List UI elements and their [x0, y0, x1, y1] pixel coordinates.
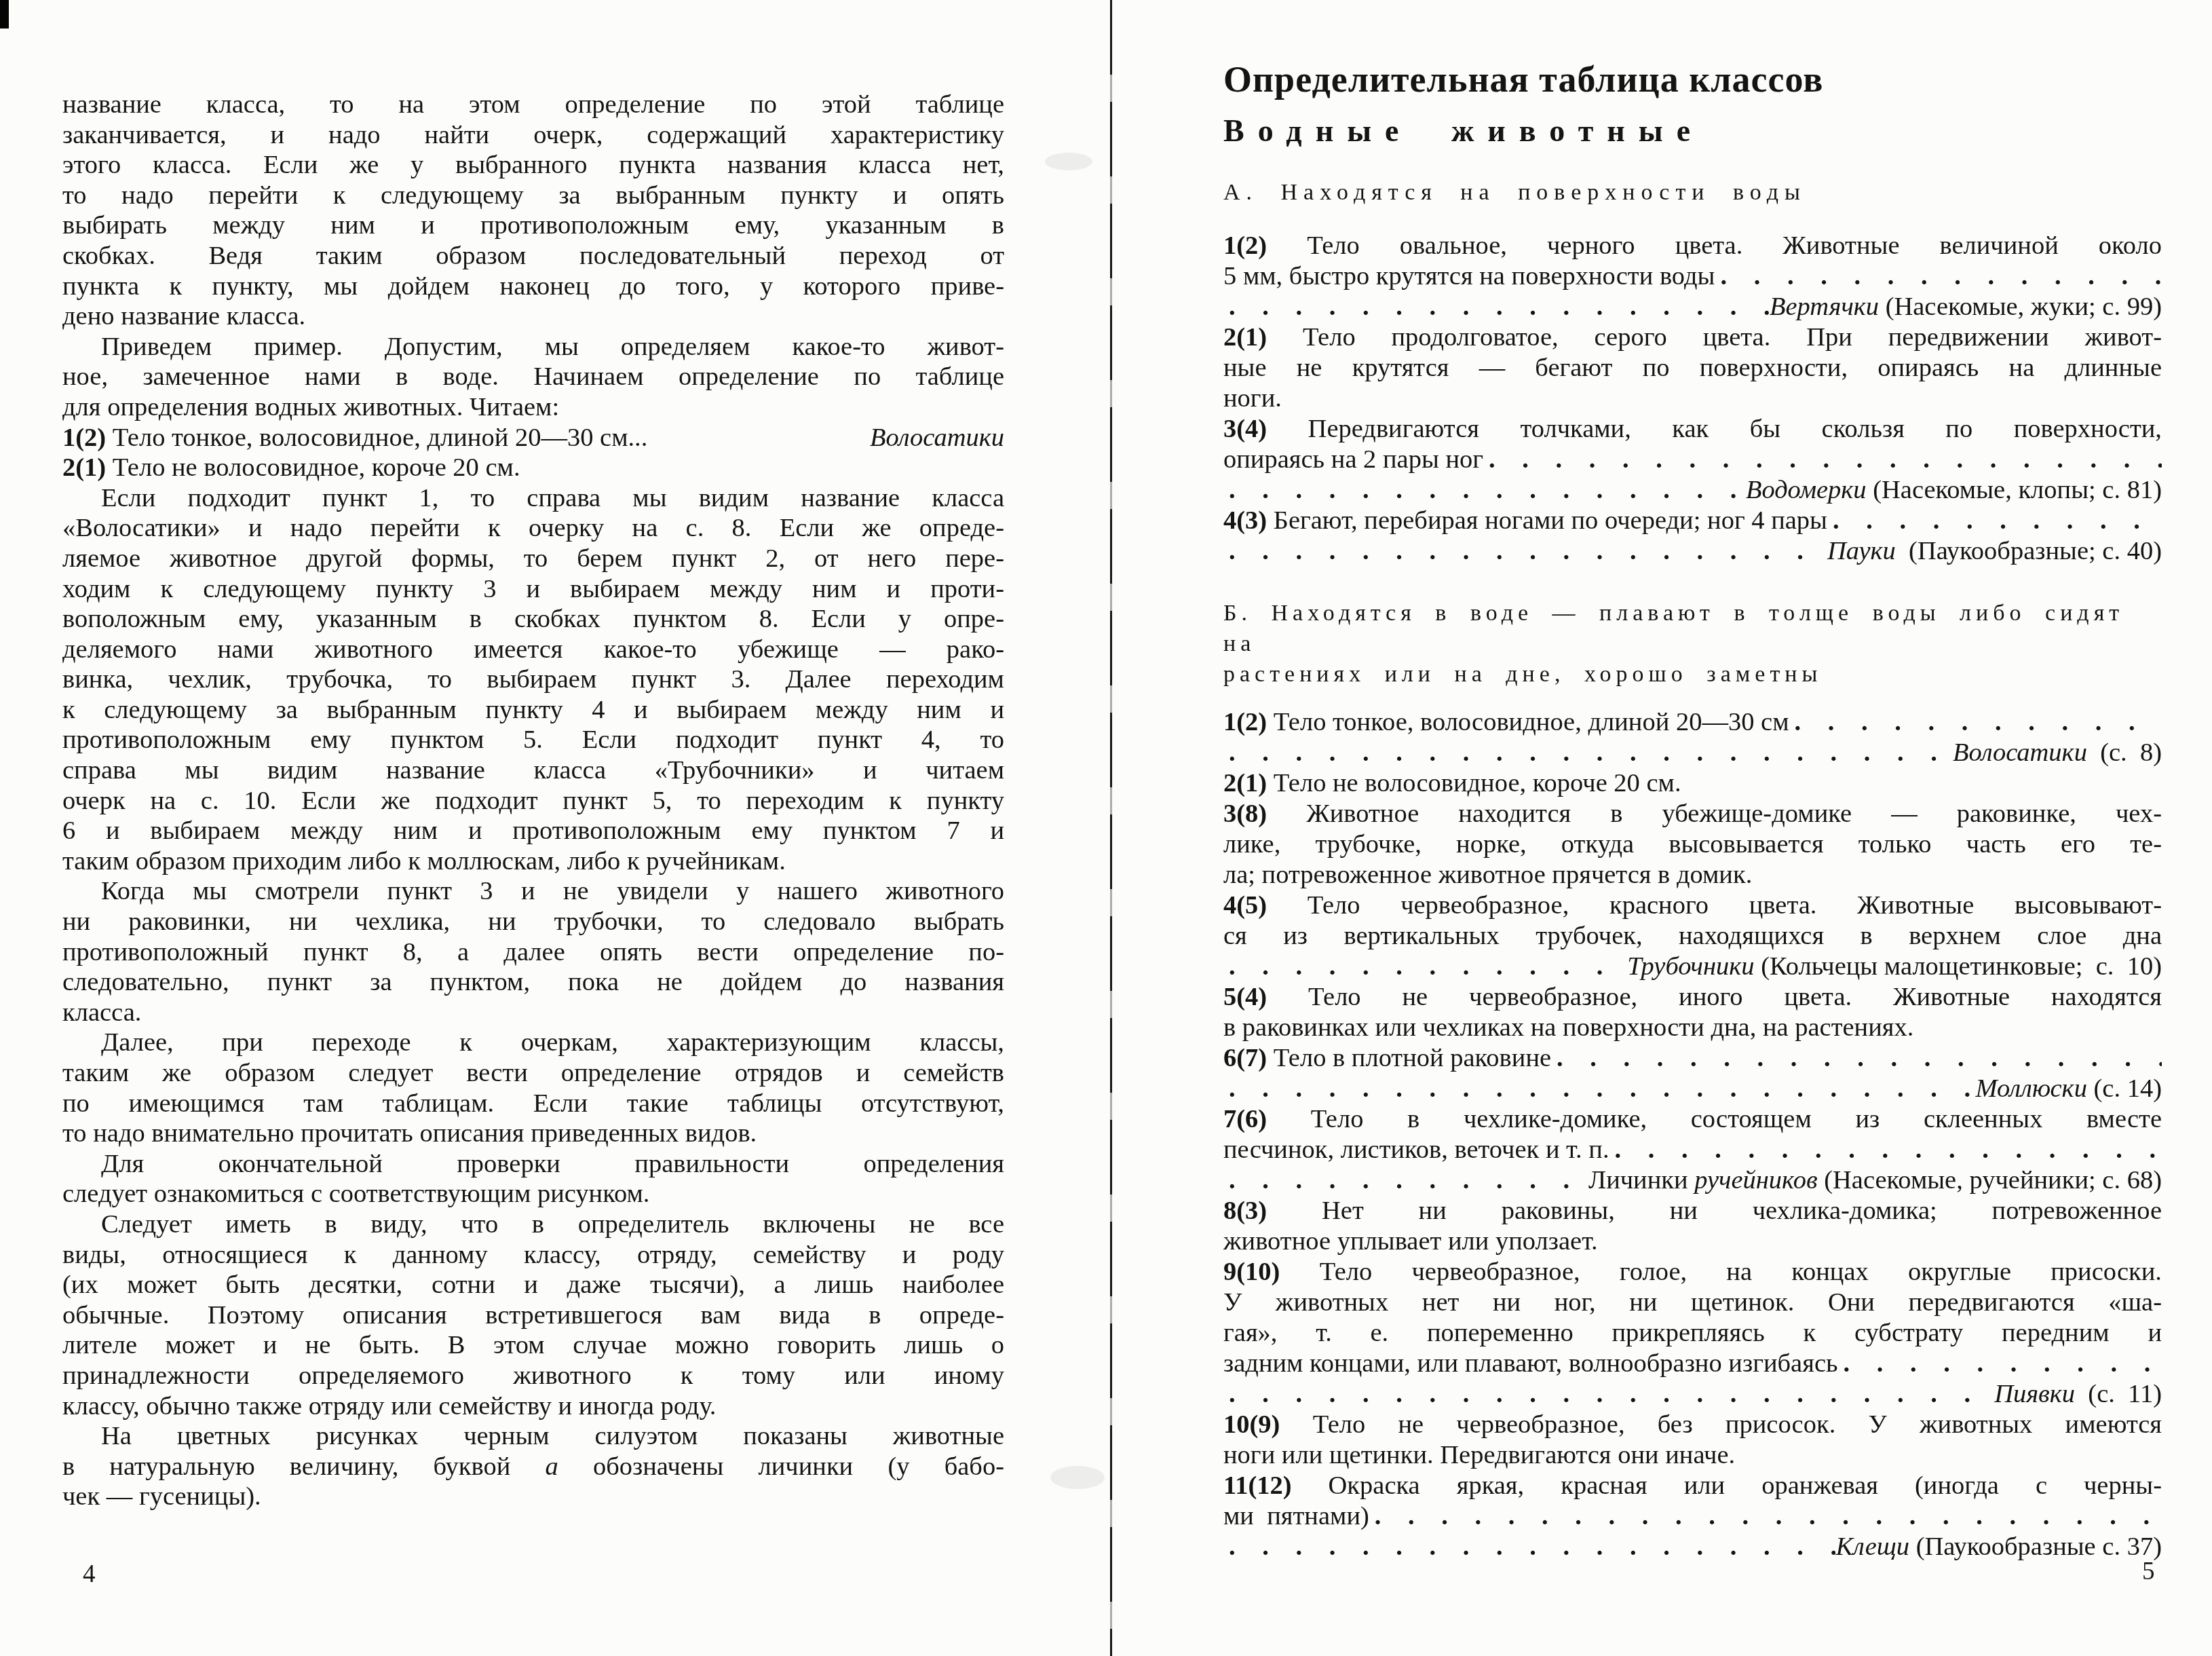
item-number: 8(3)	[1223, 1197, 1267, 1225]
text-line: животное уплывает или уползает.	[1223, 1226, 2162, 1257]
text-run: Тело червеобразное, красного цвета. Живо…	[1267, 891, 2162, 920]
text-line: 2(1) Тело продолговатое, серого цвета. П…	[1223, 322, 2162, 353]
dot-leader: . . . . . . . . . . . . . . . . . . . . …	[1838, 1349, 2162, 1379]
text-line: Для окончательной проверки правильности …	[62, 1149, 1004, 1180]
text-line: классу, обычно также отряду или семейств…	[62, 1391, 1004, 1422]
section-a-heading: А. Находятся на поверхности воды	[1223, 179, 2162, 206]
key-line: песчинок, листиков, веточек и т. п.. . .…	[1223, 1135, 2162, 1165]
text-run: Животное находится в убежище-домике — ра…	[1267, 799, 2162, 828]
text-run: то надо перейти к следующему за выбранны…	[62, 181, 1004, 210]
key-line: . . . . . . . . . . . . . . . . . . . . …	[1223, 475, 2162, 506]
text-run: Тело тонкое, волосовидное, длиной 20—30 …	[1267, 707, 1789, 738]
item-number: 9(10)	[1223, 1258, 1280, 1286]
text-run: ноги или щетинки. Передвигаются они инач…	[1223, 1441, 1735, 1469]
dot-leader: . . . . . . . . . . . . . . . . . . . . …	[1223, 1165, 1588, 1196]
text-line: для определения водных животных. Читаем:	[62, 392, 1004, 423]
item-number: 5(4)	[1223, 983, 1267, 1011]
text-line: лителе может и не быть. В этом случае мо…	[62, 1330, 1004, 1361]
key-line: . . . . . . . . . . . . . . . . . . . . …	[1223, 1165, 2162, 1196]
text-run: Для окончательной проверки правильности …	[101, 1150, 1004, 1178]
text-run: ное, замеченное нами в воде. Начинаем оп…	[62, 362, 1004, 391]
key-line: ми пятнами). . . . . . . . . . . . . . .…	[1223, 1501, 2162, 1532]
text-line: очерк на с. 10. Если же подходит пункт 5…	[62, 786, 1004, 816]
text-run: ноги.	[1223, 384, 1282, 413]
table-title: Определительная таблица классов	[1223, 60, 2162, 99]
text-line: класса.	[62, 998, 1004, 1028]
text-run: дено название класса.	[62, 302, 305, 331]
item-number: 7(6)	[1223, 1105, 1267, 1133]
text-run: Окраска яркая, красная или оранжевая (ин…	[1292, 1471, 2162, 1500]
class-name: а	[546, 1452, 558, 1481]
text-line: Когда мы смотрели пункт 3 и не увидели у…	[62, 876, 1004, 907]
text-run: Если подходит пункт 1, то справа мы види…	[101, 484, 1004, 512]
dot-leader: . . . . . . . . . . . . . . . . . . . . …	[1483, 445, 2162, 475]
key-line: . . . . . . . . . . . . . . . . . . . . …	[1223, 738, 2162, 768]
text-line: чек — гусеницы).	[62, 1482, 1004, 1512]
text-line: дено название класса.	[62, 301, 1004, 332]
text-line: по имеющимся там таблицам. Если такие та…	[62, 1089, 1004, 1119]
text-run: (Кольчецы малощетинковые; с. 10)	[1755, 952, 2162, 982]
text-line: выбирать между ним и противоположным ему…	[62, 210, 1004, 241]
text-line: принадлежности определяемого животного к…	[62, 1361, 1004, 1391]
text-run: (Насекомые, жуки; с. 99)	[1879, 292, 2162, 322]
scan-smudge	[1045, 153, 1092, 170]
text-line: этого класса. Если же у выбранного пункт…	[62, 150, 1004, 181]
page-number-left: 4	[83, 1560, 96, 1589]
text-line: таким же образом следует вести определен…	[62, 1058, 1004, 1089]
text-run: (с. 14)	[2087, 1074, 2162, 1104]
text-line: 7(6) Тело в чехлике-домике, состоящем из…	[1223, 1104, 2162, 1135]
text-line: На цветных рисунках черным силуэтом пока…	[62, 1421, 1004, 1452]
text-run: в раковинках или чехликах на поверхности…	[1223, 1013, 1913, 1042]
key-line: 5 мм, быстро крутятся на поверхности вод…	[1223, 261, 2162, 292]
text-run: следовательно, пункт за пунктом, пока не…	[62, 968, 1004, 996]
text-run: животное уплывает или уползает.	[1223, 1227, 1598, 1256]
class-name: Волосатики	[870, 423, 1004, 453]
text-run: деляемого нами животного имеется какое-т…	[62, 635, 1004, 664]
dot-leader: . . . . . . . . . . . . . . . . . . . . …	[1223, 738, 1953, 768]
table-subtitle: Водные животные	[1223, 114, 2162, 148]
text-run: ся из вертикальных трубочек, находящихся…	[1223, 922, 2162, 950]
text-line: таким образом приходим либо к моллюскам,…	[62, 846, 1004, 877]
dot-leader: . . . . . . . . . . . . . . . . . . . . …	[1223, 475, 1746, 506]
section-b-heading-line1: Б. Находятся в воде — плавают в толще во…	[1223, 598, 2162, 659]
text-run: задним концами, или плавают, волнообразн…	[1223, 1349, 1838, 1379]
text-line: ные не крутятся — бегают по поверхности,…	[1223, 353, 2162, 383]
text-line: 5(4) Тело не червеобразное, иного цвета.…	[1223, 982, 2162, 1013]
dot-leader: . . . . . . . . . . . . . . . . . . . . …	[1369, 1501, 2162, 1532]
key-line: 4(3) Бегают, перебирая ногами по очереди…	[1223, 506, 2162, 536]
text-run: очерк на с. 10. Если же подходит пункт 5…	[62, 787, 1004, 815]
text-run: (Насекомые, клопы; с. 81)	[1867, 475, 2162, 506]
class-name: Клещи	[1835, 1532, 1909, 1562]
left-page: название класса, то на этом определение …	[62, 90, 1004, 1512]
text-line: то надо перейти к следующему за выбранны…	[62, 181, 1004, 211]
text-run: противоположным ему пунктом 5. Если подх…	[62, 726, 1004, 754]
page-gutter-line	[1110, 0, 1112, 1656]
text-line: 3(4) Передвигаются толчками, как бы скол…	[1223, 414, 2162, 445]
text-line: то надо внимательно прочитать описания п…	[62, 1118, 1004, 1149]
text-run: Личинки	[1588, 1165, 1694, 1196]
text-run: Когда мы смотрели пункт 3 и не увидели у…	[101, 877, 1004, 905]
section-b-items: 1(2) Тело тонкое, волосовидное, длиной 2…	[1223, 707, 2162, 1562]
text-line: 2(1) Тело не волосовидное, короче 20 см.	[62, 453, 1004, 483]
text-line: ла; потревоженное животное прячется в до…	[1223, 860, 2162, 890]
key-line: задним концами, или плавают, волнообразн…	[1223, 1349, 2162, 1379]
key-line: . . . . . . . . . . . . . . . . . . . . …	[1223, 292, 2162, 322]
item-number: 4(3)	[1223, 506, 1267, 536]
text-line: противоположным ему пунктом 5. Если подх…	[62, 725, 1004, 755]
text-line: ни раковинки, ни чехлика, ни трубочки, т…	[62, 907, 1004, 937]
text-line: обычные. Поэтому описания встретившегося…	[62, 1300, 1004, 1331]
class-name: Пиявки	[1994, 1379, 2075, 1410]
dot-leader: . . . . . . . . . . . . . . . . . . . . …	[1609, 1135, 2162, 1165]
text-run: то надо внимательно прочитать описания п…	[62, 1119, 757, 1148]
text-line: Приведем пример. Допустим, мы определяем…	[62, 332, 1004, 362]
left-page-text: название класса, то на этом определение …	[62, 90, 1004, 1512]
text-line: ноги или щетинки. Передвигаются они инач…	[1223, 1440, 2162, 1471]
text-line: (их может быть десятки, сотни и даже тыс…	[62, 1270, 1004, 1300]
dot-leader: . . . . . . . . . . . . . . . . . . . . …	[1551, 1043, 2162, 1074]
text-line: Следует иметь в виду, что в определитель…	[62, 1209, 1004, 1240]
dot-leader: . . . . . . . . . . . . . . . . . . . . …	[1223, 292, 1770, 322]
text-line: справа мы видим название класса «Трубочн…	[62, 755, 1004, 786]
text-run: класса.	[62, 998, 141, 1027]
text-run: название класса, то на этом определение …	[62, 90, 1004, 119]
text-line: в раковинках или чехликах на поверхности…	[1223, 1013, 2162, 1043]
text-run: воположным ему, указанным в скобках пунк…	[62, 605, 1004, 633]
text-run: принадлежности определяемого животного к…	[62, 1361, 1004, 1390]
text-line: 10(9) Тело не червеобразное, без присосо…	[1223, 1410, 2162, 1440]
text-run: скобках. Ведя таким образом последовател…	[62, 242, 1004, 270]
dot-leader: . . . . . . . . . . . . . . . . . . . . …	[1223, 1532, 1835, 1562]
text-run: винка, чехлик, трубочка, то выбираем пун…	[62, 665, 1004, 694]
text-run: (с. 8)	[2087, 738, 2162, 768]
key-line: . . . . . . . . . . . . . . . . . . . . …	[1223, 952, 2162, 982]
text-run: опираясь на 2 пары ног	[1223, 445, 1483, 475]
book-scan-spread: название класса, то на этом определение …	[0, 0, 2212, 1656]
text-run: (Насекомые, ручейники; с. 68)	[1818, 1165, 2162, 1196]
class-name: Водомерки	[1746, 475, 1867, 506]
text-line: Если подходит пункт 1, то справа мы види…	[62, 483, 1004, 514]
item-number: 11(12)	[1223, 1471, 1292, 1500]
key-line: . . . . . . . . . . . . . . . . . . . . …	[1223, 1379, 2162, 1410]
text-run: по имеющимся там таблицам. Если такие та…	[62, 1089, 1004, 1118]
text-line: лике, трубочке, норке, откуда высовывает…	[1223, 829, 2162, 860]
text-line: противоположный пункт 8, а далее опять в…	[62, 937, 1004, 968]
dot-leader: . . . . . . . . . . . . . . . . . . . . …	[1789, 707, 2162, 738]
text-run: таким же образом следует вести определен…	[62, 1059, 1004, 1087]
text-line: к следующему за выбранным пункту 4 и выб…	[62, 695, 1004, 726]
text-run: Следует иметь в виду, что в определитель…	[101, 1210, 1004, 1239]
page-number-right: 5	[2142, 1557, 2155, 1586]
text-run: песчинок, листиков, веточек и т. п.	[1223, 1135, 1609, 1165]
text-line: ходим к следующему пункту 3 и выбираем м…	[62, 574, 1004, 605]
text-line: скобках. Ведя таким образом последовател…	[62, 241, 1004, 271]
text-run: На цветных рисунках черным силуэтом пока…	[101, 1422, 1004, 1450]
scan-smudge	[1050, 1466, 1105, 1489]
section-b-heading-line2: растениях или на дне, хорошо заметны	[1223, 659, 2162, 690]
text-line: 2(1) Тело не волосовидное, короче 20 см.	[1223, 768, 2162, 799]
text-run: ходим к следующему пункту 3 и выбираем м…	[62, 575, 1004, 603]
text-run: Тело не волосовидное, короче 20 см.	[1267, 769, 1681, 797]
text-run: (Паукообразные с. 37)	[1909, 1532, 2162, 1562]
key-line: . . . . . . . . . . . . . . . . . . . . …	[1223, 1074, 2162, 1104]
text-run: противоположный пункт 8, а далее опять в…	[62, 938, 1004, 966]
text-run: Тело не волосовидное, короче 20 см.	[106, 453, 520, 482]
text-run: Тело в плотной раковине	[1267, 1043, 1551, 1074]
text-line: 3(8) Животное находится в убежище-домике…	[1223, 799, 2162, 829]
text-run: для определения водных животных. Читаем:	[62, 393, 559, 421]
text-run: Бегают, перебирая ногами по очереди; ног…	[1267, 506, 1827, 536]
text-run: ляемое животное другой формы, то берем п…	[62, 544, 1004, 573]
key-line: . . . . . . . . . . . . . . . . . . . . …	[1223, 536, 2162, 567]
text-run: в натуральную величину, буквой	[62, 1452, 546, 1481]
key-line: . . . . . . . . . . . . . . . . . . . . …	[1223, 1532, 2162, 1562]
item-number: 1(2)	[1223, 231, 1267, 260]
text-run: ные не крутятся — бегают по поверхности,…	[1223, 354, 2162, 382]
item-number: 4(5)	[1223, 891, 1267, 920]
text-line: ноги.	[1223, 383, 2162, 414]
text-line: деляемого нами животного имеется какое-т…	[62, 635, 1004, 665]
item-number: 2(1)	[1223, 323, 1267, 352]
text-line: 1(2) Тело овальное, черного цвета. Живот…	[1223, 231, 2162, 261]
item-number: 3(8)	[1223, 799, 1267, 828]
text-run: Тело продолговатое, серого цвета. При пе…	[1267, 323, 2162, 352]
item-number: 1(2)	[62, 423, 106, 453]
dot-leader: . . . . . . . . . . . . . . . . . . . . …	[1223, 536, 1827, 567]
text-run: обычные. Поэтому описания встретившегося…	[62, 1301, 1004, 1330]
item-number: 1(2)	[1223, 707, 1267, 738]
text-run: Далее, при переходе к очеркам, характери…	[101, 1028, 1004, 1057]
text-line: 9(10) Тело червеобразное, голое, на конц…	[1223, 1257, 2162, 1287]
text-run: лике, трубочке, норке, откуда высовывает…	[1223, 830, 2162, 859]
text-run: гая», т. е. попеременно прикрепляясь к с…	[1223, 1319, 2162, 1347]
text-run: виды, относящиеся к данному классу, отря…	[62, 1241, 1004, 1269]
text-line: ся из вертикальных трубочек, находящихся…	[1223, 921, 2162, 952]
text-run: справа мы видим название класса «Трубочн…	[62, 756, 1004, 785]
text-run: (с. 11)	[2075, 1379, 2162, 1410]
text-line: 4(5) Тело червеобразное, красного цвета.…	[1223, 890, 2162, 921]
text-run: заканчивается, и надо найти очерк, содер…	[62, 121, 1004, 149]
text-line: следует ознакомиться с соответствующим р…	[62, 1179, 1004, 1209]
dot-leader: . . . . . . . . . . . . . . . . . . . . …	[1223, 952, 1627, 982]
text-run: ми пятнами)	[1223, 1501, 1369, 1532]
text-run: «Волосатики» и надо перейти к очерку на …	[62, 514, 1004, 542]
text-line: в натуральную величину, буквой а обознач…	[62, 1452, 1004, 1482]
text-line: ляемое животное другой формы, то берем п…	[62, 544, 1004, 574]
item-number: 2(1)	[1223, 769, 1267, 797]
text-line: виды, относящиеся к данному классу, отря…	[62, 1240, 1004, 1271]
text-line: «Волосатики» и надо перейти к очерку на …	[62, 513, 1004, 544]
class-name: Пауки	[1827, 536, 1896, 567]
text-line: 11(12) Окраска яркая, красная или оранже…	[1223, 1471, 2162, 1501]
text-run: У животных нет ни ног, ни щетинок. Они п…	[1223, 1288, 2162, 1317]
item-number: 3(4)	[1223, 415, 1267, 443]
text-run: Нет ни раковины, ни чехлика-домика; потр…	[1267, 1197, 2162, 1225]
text-run: Тело овальное, черного цвета. Животные в…	[1267, 231, 2162, 260]
text-run: таким образом приходим либо к моллюскам,…	[62, 847, 786, 876]
text-run: этого класса. Если же у выбранного пункт…	[62, 151, 1004, 179]
class-name: ручейников	[1694, 1165, 1817, 1196]
text-line: воположным ему, указанным в скобках пунк…	[62, 604, 1004, 635]
text-run: 5 мм, быстро крутятся на поверхности вод…	[1223, 261, 1715, 292]
text-run: чек — гусеницы).	[62, 1482, 261, 1511]
key-line: 1(2) Тело тонкое, волосовидное, длиной 2…	[62, 423, 1004, 453]
text-run: (Паукообразные; с. 40)	[1896, 536, 2162, 567]
class-name: Трубочники	[1627, 952, 1754, 982]
text-line: винка, чехлик, трубочка, то выбираем пун…	[62, 664, 1004, 695]
section-b-heading: Б. Находятся в воде — плавают в толще во…	[1223, 598, 2162, 690]
class-name: Моллюски	[1976, 1074, 2087, 1104]
text-run: Передвигаются толчками, как бы скользя п…	[1267, 415, 2162, 443]
dot-leader: . . . . . . . . . . . . . . . . . . . . …	[1223, 1379, 1994, 1410]
item-number: 10(9)	[1223, 1410, 1280, 1439]
right-page: Определительная таблица классов Водные ж…	[1223, 60, 2162, 1562]
dot-leader: . . . . . . . . . . . . . . . . . . . . …	[1223, 1074, 1976, 1104]
scan-corner-artifact	[0, 0, 9, 29]
text-line: ное, замеченное нами в воде. Начинаем оп…	[62, 362, 1004, 392]
item-number: 2(1)	[62, 453, 106, 482]
key-line: опираясь на 2 пары ног. . . . . . . . . …	[1223, 445, 2162, 475]
text-line: гая», т. е. попеременно прикрепляясь к с…	[1223, 1318, 2162, 1349]
dot-leader: . . . . . . . . . . . . . . . . . . . . …	[1715, 261, 2162, 292]
key-line: 1(2) Тело тонкое, волосовидное, длиной 2…	[1223, 707, 2162, 738]
text-run: ни раковинки, ни чехлика, ни трубочки, т…	[62, 907, 1004, 936]
text-run: следует ознакомиться с соответствующим р…	[62, 1180, 649, 1208]
text-line: название класса, то на этом определение …	[62, 90, 1004, 120]
text-run: Тело червеобразное, голое, на концах окр…	[1280, 1258, 2162, 1286]
item-number: 6(7)	[1223, 1043, 1267, 1074]
text-line: У животных нет ни ног, ни щетинок. Они п…	[1223, 1287, 2162, 1318]
text-line: заканчивается, и надо найти очерк, содер…	[62, 120, 1004, 151]
text-run: Тело тонкое, волосовидное, длиной 20—30 …	[106, 423, 654, 453]
text-line: 8(3) Нет ни раковины, ни чехлика-домика;…	[1223, 1196, 2162, 1226]
text-run: к следующему за выбранным пункту 4 и выб…	[62, 696, 1004, 724]
text-run: выбирать между ним и противоположным ему…	[62, 211, 1004, 240]
text-line: 6 и выбираем между ним и противоположным…	[62, 816, 1004, 846]
key-line: 6(7) Тело в плотной раковине. . . . . . …	[1223, 1043, 2162, 1074]
text-run: (их может быть десятки, сотни и даже тыс…	[62, 1271, 1004, 1299]
class-name: Волосатики	[1953, 738, 2087, 768]
text-run: классу, обычно также отряду или семейств…	[62, 1392, 716, 1420]
text-line: Далее, при переходе к очеркам, характери…	[62, 1028, 1004, 1058]
text-run: лителе может и не быть. В этом случае мо…	[62, 1331, 1004, 1359]
text-run: Приведем пример. Допустим, мы определяем…	[101, 333, 1004, 361]
text-run: 6 и выбираем между ним и противоположным…	[62, 816, 1004, 845]
class-name: Вертячки	[1770, 292, 1879, 322]
text-run: обозначены личинки (у бабо-	[558, 1452, 1004, 1481]
text-run: Тело в чехлике-домике, состоящем из скле…	[1267, 1105, 2162, 1133]
text-line: пункта к пункту, мы дойдем наконец до то…	[62, 271, 1004, 302]
dot-leader: . . . . . . . . . . . . . . . . . . . . …	[1827, 506, 2162, 536]
text-run: ла; потревоженное животное прячется в до…	[1223, 861, 1752, 889]
text-run: Тело не червеобразное, без присосок. У ж…	[1280, 1410, 2162, 1439]
section-a-items: 1(2) Тело овальное, черного цвета. Живот…	[1223, 231, 2162, 567]
text-run: Тело не червеобразное, иного цвета. Живо…	[1267, 983, 2162, 1011]
text-line: следовательно, пункт за пунктом, пока не…	[62, 967, 1004, 998]
text-run: пункта к пункту, мы дойдем наконец до то…	[62, 272, 1004, 301]
